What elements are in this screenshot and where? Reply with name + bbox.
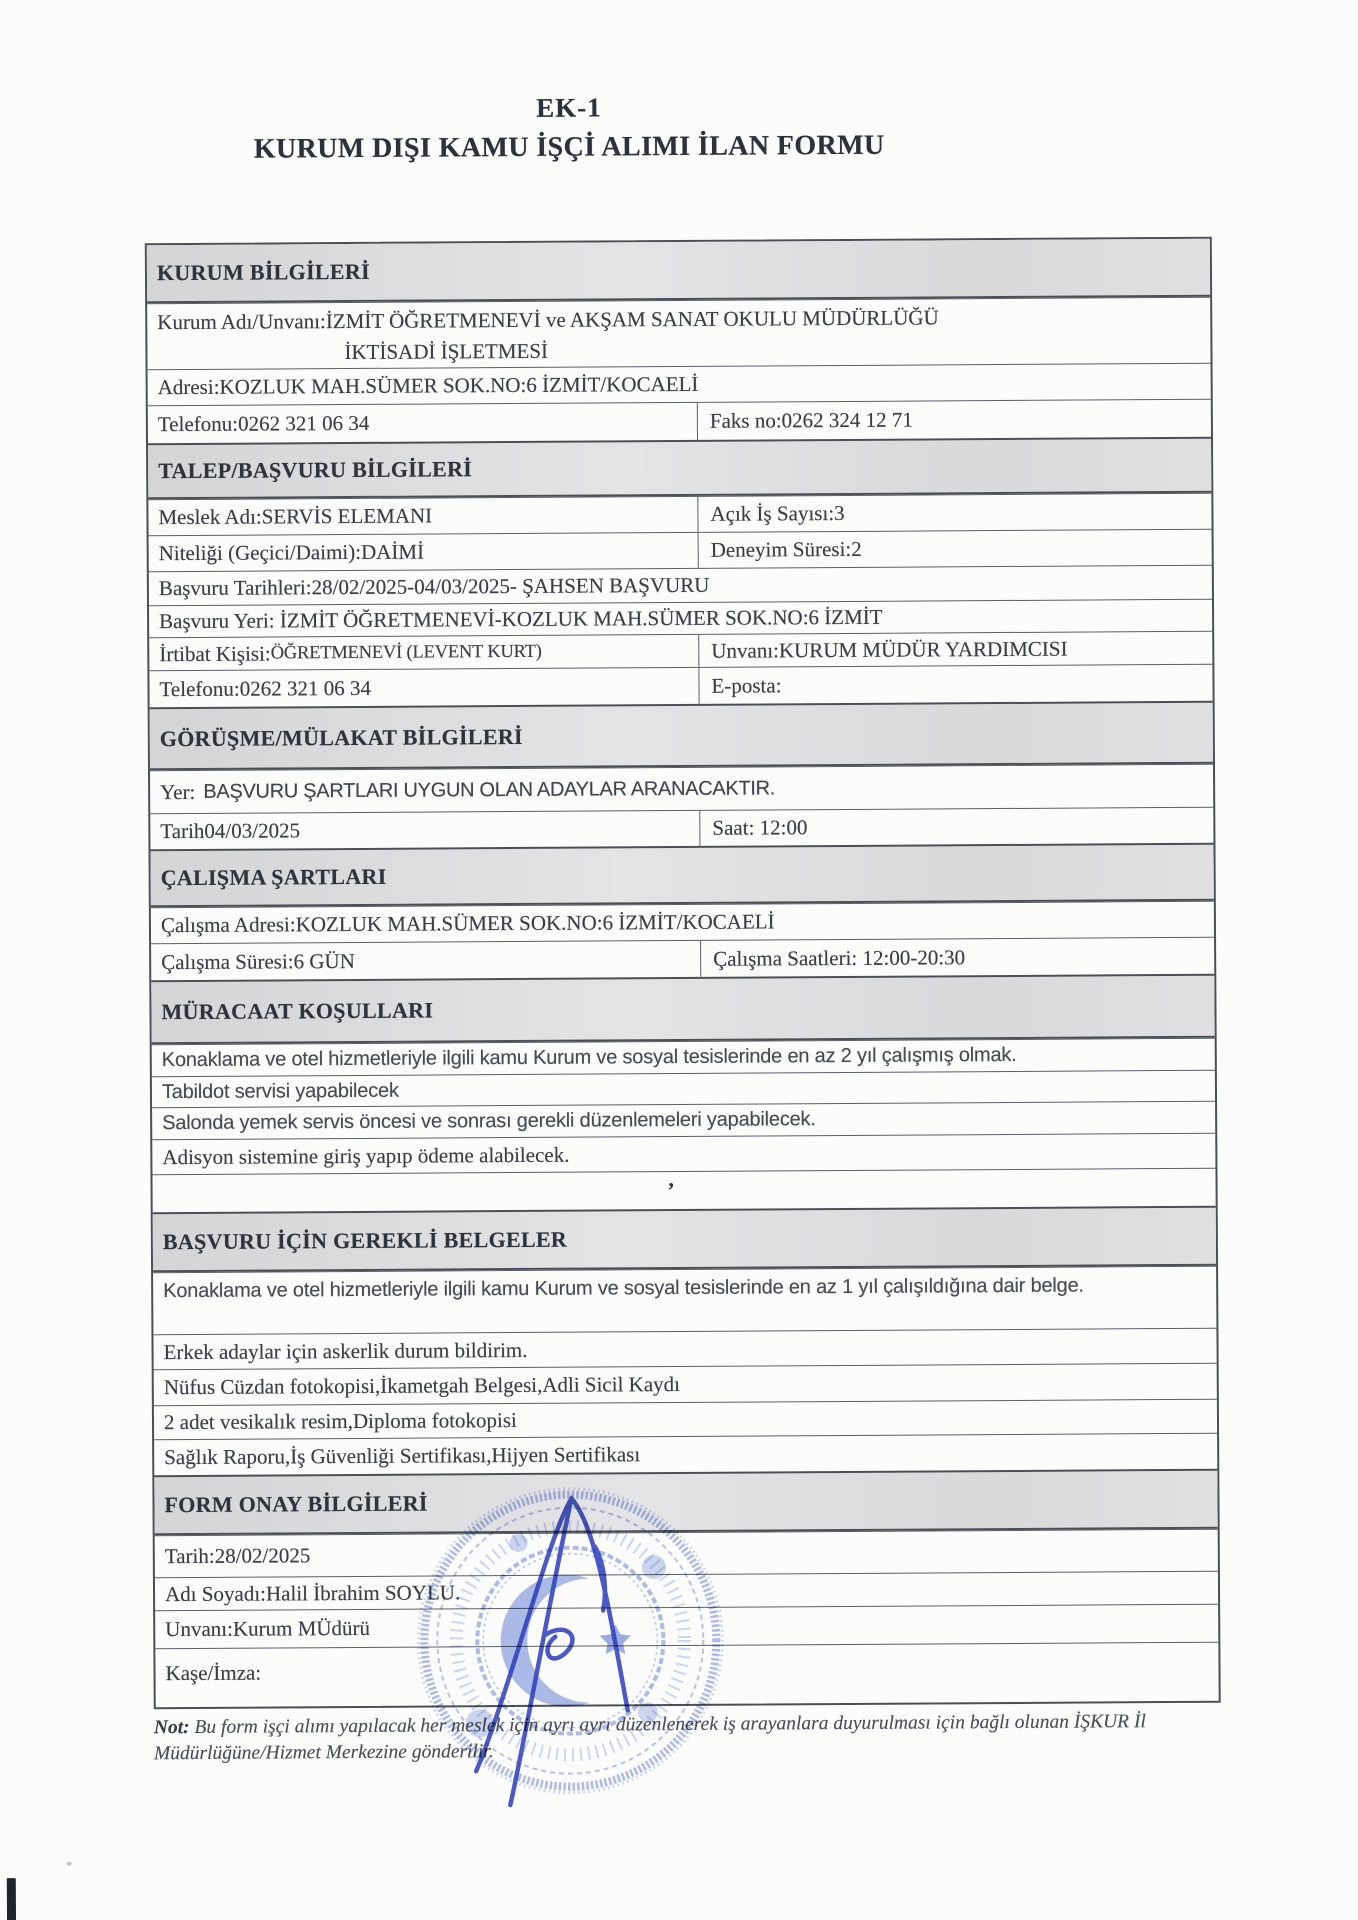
yer-label: Yer: bbox=[160, 779, 195, 804]
eposta-label: E-posta: bbox=[711, 673, 781, 698]
kosul-2-text: Tabildot servisi yapabilecek bbox=[162, 1079, 399, 1103]
section-header-calisma-sartlari: ÇALIŞMA ŞARTLARI bbox=[150, 843, 1213, 907]
section-header-talep-basvuru: TALEP/BAŞVURU BİLGİLERİ bbox=[148, 437, 1211, 499]
adres-value: Adresi:KOZLUK MAH.SÜMER SOK.NO:6 İZMİT/K… bbox=[158, 372, 699, 400]
row-belge-1: Konaklama ve otel hizmetleriyle ilgili k… bbox=[153, 1266, 1216, 1334]
basvuru-tarihleri-value: Başvuru Tarihleri:28/02/2025-04/03/2025-… bbox=[159, 573, 710, 601]
section-header-muracaat-kosullari: MÜRACAAT KOŞULLARI bbox=[151, 974, 1214, 1044]
deneyim-value: Deneyim Süresi:2 bbox=[711, 537, 862, 563]
irtibat-value: ÖĞRETMENEVİ (LEVENT KURT) bbox=[271, 641, 542, 664]
ink-mark: ’ bbox=[668, 1178, 675, 1203]
section-title: MÜRACAAT KOŞULLARI bbox=[161, 998, 433, 1026]
belge-3-text: Nüfus Cüzdan fotokopisi,İkametgah Belges… bbox=[164, 1372, 680, 1400]
doc-code: EK-1 bbox=[0, 89, 1142, 127]
calisma-suresi-value: Çalışma Süresi:6 GÜN bbox=[161, 948, 355, 974]
scan-tilt-wrapper: EK-1 KURUM DIŞI KAMU İŞÇİ ALIMI İLAN FOR… bbox=[0, 0, 1358, 1920]
scan-edge-artifact bbox=[7, 1878, 16, 1920]
section-title: ÇALIŞMA ŞARTLARI bbox=[161, 864, 387, 891]
gorusme-tarih-value: Tarih04/03/2025 bbox=[160, 818, 300, 844]
document-header: EK-1 KURUM DIŞI KAMU İŞÇİ ALIMI İLAN FOR… bbox=[0, 89, 1142, 167]
kurum-adi-line1: Kurum Adı/Unvanı:İZMİT ÖĞRETMENEVİ ve AK… bbox=[157, 305, 939, 334]
belge-5-text: Sağlık Raporu,İş Güvenliği Sertifikası,H… bbox=[164, 1442, 640, 1470]
calisma-adresi-value: Çalışma Adresi:KOZLUK MAH.SÜMER SOK.NO:6… bbox=[161, 909, 775, 938]
row-telefon2-eposta: Telefonu:0262 321 06 34 E-posta: bbox=[149, 664, 1212, 707]
telefon-value: Telefonu:0262 321 06 34 bbox=[158, 411, 370, 437]
footer-note-text: Bu form işçi alımı yapılacak her meslek … bbox=[154, 1711, 1146, 1764]
section-header-form-onay: FORM ONAY BİLGİLERİ bbox=[154, 1469, 1217, 1535]
belge-1-text: Konaklama ve otel hizmetleriyle ilgili k… bbox=[163, 1268, 1084, 1307]
row-kurum-adi: Kurum Adı/Unvanı:İZMİT ÖĞRETMENEVİ ve AK… bbox=[147, 297, 1210, 369]
section-header-kurum-bilgileri: KURUM BİLGİLERİ bbox=[147, 239, 1210, 303]
onay-unvan-value: Unvanı:Kurum MÜdürü bbox=[165, 1616, 370, 1642]
form-table: KURUM BİLGİLERİ Kurum Adı/Unvanı:İZMİT Ö… bbox=[145, 237, 1221, 1709]
adi-soyadi-value: Adı Soyadı:Halil İbrahim SOYLU. bbox=[165, 1580, 460, 1607]
gorusme-saat-value: Saat: 12:00 bbox=[712, 815, 807, 841]
kosul-1-text: Konaklama ve otel hizmetleriyle ilgili k… bbox=[162, 1044, 1017, 1072]
kosul-4-text: Adisyon sistemine giriş yapıp ödeme alab… bbox=[162, 1142, 569, 1169]
nitelik-value: Niteliği (Geçici/Daimi):DAİMİ bbox=[159, 540, 424, 567]
section-title: TALEP/BAŞVURU BİLGİLERİ bbox=[158, 456, 472, 484]
section-title: FORM ONAY BİLGİLERİ bbox=[164, 1491, 427, 1519]
irtibat-label: İrtibat Kişisi: bbox=[159, 641, 271, 667]
scan-dot-artifact bbox=[67, 1862, 72, 1866]
section-header-gerekli-belgeler: BAŞVURU İÇİN GEREKLİ BELGELER bbox=[153, 1206, 1216, 1272]
belge-2-text: Erkek adaylar için askerlik durum bildir… bbox=[163, 1337, 527, 1364]
section-title: GÖRÜŞME/MÜLAKAT BİLGİLERİ bbox=[160, 723, 523, 751]
row-empty-with-ink-mark: ’ bbox=[152, 1168, 1215, 1212]
basvuru-yeri-value: Başvuru Yeri: İZMİT ÖĞRETMENEVİ-KOZLUK M… bbox=[159, 605, 883, 634]
section-title: KURUM BİLGİLERİ bbox=[157, 259, 370, 286]
footer-note: Not: Bu form işçi alımı yapılacak her me… bbox=[154, 1709, 1232, 1768]
kosul-3-text: Salonda yemek servis öncesi ve sonrası g… bbox=[162, 1108, 816, 1135]
acik-is-value: Açık İş Sayısı:3 bbox=[710, 501, 844, 527]
belge-4-text: 2 adet vesikalık resim,Diploma fotokopis… bbox=[164, 1408, 517, 1435]
page-title: KURUM DIŞI KAMU İŞÇİ ALIMI İLAN FORMU bbox=[0, 128, 1142, 167]
kurum-adi-line2: İKTİSADİ İŞLETMESİ bbox=[157, 339, 548, 365]
footer-note-label: Not: bbox=[154, 1717, 190, 1738]
row-onay-tarih: Tarih:28/02/2025 bbox=[155, 1529, 1218, 1577]
section-header-gorusme-mulakat: GÖRÜŞME/MÜLAKAT BİLGİLERİ bbox=[150, 701, 1213, 770]
onay-tarih-value: Tarih:28/02/2025 bbox=[165, 1543, 311, 1569]
scanned-form-page: EK-1 KURUM DIŞI KAMU İŞÇİ ALIMI İLAN FOR… bbox=[0, 0, 1358, 1920]
unvan-value: Unvanı:KURUM MÜDÜR YARDIMCISI bbox=[711, 636, 1067, 663]
kase-imza-label: Kaşe/İmza: bbox=[165, 1661, 261, 1687]
row-telefon-faks: Telefonu:0262 321 06 34 Faks no:0262 324… bbox=[148, 399, 1211, 443]
calisma-saatleri-value: Çalışma Saatleri: 12:00-20:30 bbox=[713, 945, 965, 972]
section-title: BAŞVURU İÇİN GEREKLİ BELGELER bbox=[163, 1227, 567, 1255]
row-gorusme-yer: Yer: BAŞVURU ŞARTLARI UYGUN OLAN ADAYLAR… bbox=[150, 764, 1213, 813]
telefon2-value: Telefonu:0262 321 06 34 bbox=[159, 675, 371, 701]
row-kase-imza: Kaşe/İmza: bbox=[155, 1642, 1218, 1707]
faks-value: Faks no:0262 324 12 71 bbox=[710, 408, 913, 434]
meslek-value: Meslek Adı:SERVİS ELEMANI bbox=[158, 504, 432, 531]
row-onay-unvan: Unvanı:Kurum MÜdürü bbox=[155, 1604, 1218, 1648]
yer-value: BAŞVURU ŞARTLARI UYGUN OLAN ADAYLAR ARAN… bbox=[203, 777, 775, 803]
